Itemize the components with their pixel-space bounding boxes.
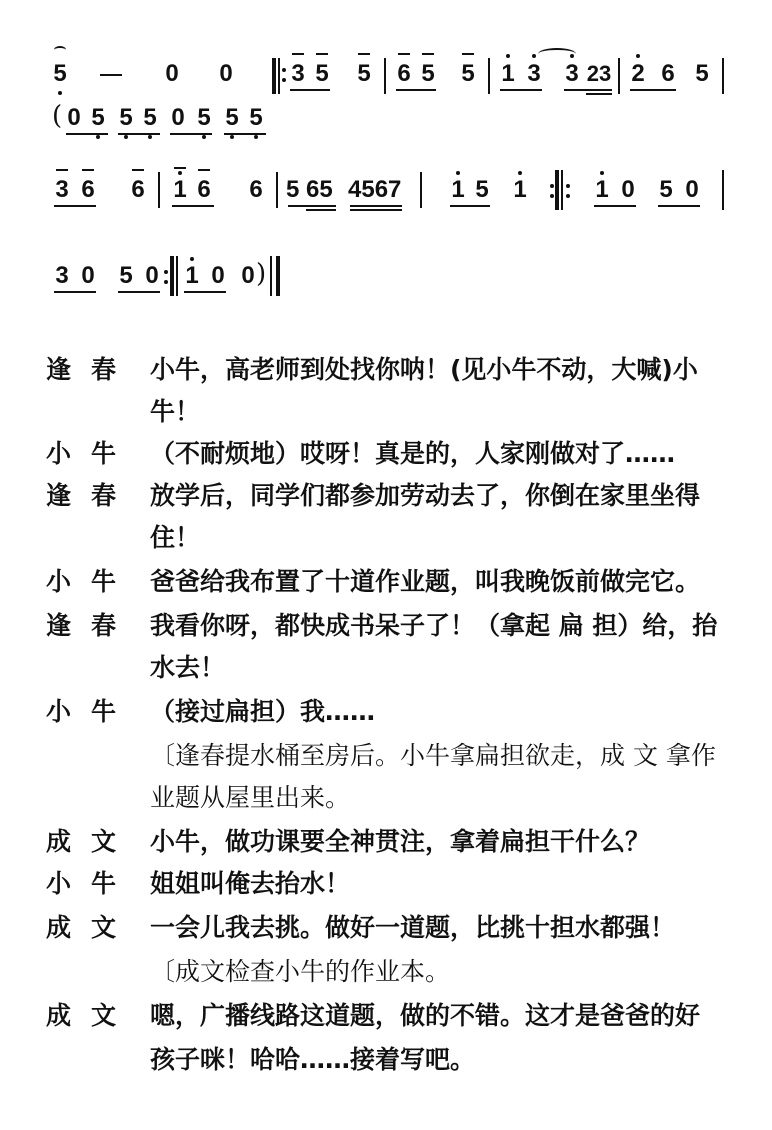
barline: [270, 256, 272, 296]
score-row-1: 5 0 0 3 5 5 6 5 5 1 3 3 23 2 6 5: [0, 60, 772, 100]
speaker-name: 成文: [46, 996, 136, 1036]
final-barline: [276, 256, 280, 296]
stage-direction: 〔逢春提水桶至房后。小牛拿扁担欲走，成 文 拿作: [0, 736, 772, 776]
note: 3: [290, 60, 306, 88]
note: 5: [118, 104, 134, 132]
dash: [100, 74, 122, 76]
underline: [170, 133, 212, 135]
barline: [488, 58, 490, 94]
dialogue-text: 放学后，同学们都参加劳动去了，你倒在家里坐得: [150, 476, 700, 516]
speaker-name: 小牛: [46, 864, 136, 904]
dialogue-line: 小牛（接过扁担）我……: [0, 692, 772, 732]
underline: [54, 205, 96, 207]
barline: [618, 58, 620, 94]
note: 5: [52, 60, 68, 88]
note: 5: [474, 176, 490, 204]
speaker-name: 小牛: [46, 434, 136, 474]
underline: [658, 205, 700, 207]
note: 0: [164, 60, 180, 88]
dialogue-line: 成文小牛，做功课要全神贯注，拿着扁担干什么？: [0, 822, 772, 862]
note: 3: [564, 60, 580, 88]
repeat-barline: [170, 256, 174, 296]
note: 1: [184, 262, 200, 290]
open-paren: (: [52, 102, 62, 130]
underline: [118, 133, 160, 135]
underline: [66, 133, 108, 135]
dialogue-text: 住！: [150, 518, 200, 558]
note: 6: [396, 60, 412, 88]
dialogue-text: 水去！: [150, 648, 225, 688]
underline: [306, 209, 336, 211]
underline: [594, 205, 636, 207]
note: 6: [196, 176, 212, 204]
underline: [350, 209, 402, 211]
note: 6: [660, 60, 676, 88]
repeat-dot: [282, 68, 286, 72]
underline: [54, 291, 96, 293]
note: 5: [356, 60, 372, 88]
underline: [564, 89, 612, 91]
speaker-name: 成文: [46, 822, 136, 862]
underline: [290, 89, 330, 91]
dialogue-text: 爸爸给我布置了十道作业题，叫我晚饭前做完它。: [150, 562, 700, 602]
stage-direction: 业题从屋里出来。: [0, 778, 772, 818]
barline: [158, 172, 160, 208]
speaker-name: 逢春: [46, 476, 136, 516]
underline: [500, 89, 542, 91]
note: 0: [620, 176, 636, 204]
repeat-dot: [282, 78, 286, 82]
note: 3: [526, 60, 542, 88]
note: 1: [594, 176, 610, 204]
barline: [384, 58, 386, 94]
tie-mark: [54, 46, 66, 54]
note: 6: [130, 176, 146, 204]
underline: [586, 93, 612, 95]
repeat-dot: [550, 194, 554, 198]
dialogue-line: 住！: [0, 518, 772, 558]
repeat-dot: [566, 184, 570, 188]
note: 5: [658, 176, 674, 204]
underline: [630, 89, 676, 91]
repeat-barline: [555, 170, 559, 210]
note-group: 5 65: [286, 176, 336, 204]
barline: [420, 172, 422, 208]
stage-direction-text: 〔成文检查小牛的作业本。: [150, 952, 450, 992]
speaker-name: 逢春: [46, 606, 136, 646]
note-group: 4567: [348, 176, 404, 204]
note: 5: [142, 104, 158, 132]
dialogue-line: 小牛（不耐烦地）哎呀！真是的，人家刚做对了……: [0, 434, 772, 474]
dialogue-text: 小牛，做功课要全神贯注，拿着扁担干什么？: [150, 822, 650, 862]
note: 23: [584, 60, 614, 88]
note: 6: [248, 176, 264, 204]
dialogue-text: 小牛，高老师到处找你呐！(见小牛不动，大喊)小: [150, 350, 698, 390]
dialogue-text: 牛！: [150, 392, 200, 432]
speaker-name: 逢春: [46, 350, 136, 390]
repeat-dot: [550, 184, 554, 188]
dialogue-line: 孩子咪！哈哈……接着写吧。: [0, 1040, 772, 1080]
note: 2: [630, 60, 646, 88]
note: 0: [210, 262, 226, 290]
barline: [561, 170, 563, 210]
dialogue-text: （接过扁担）我……: [150, 692, 375, 732]
note: 5: [196, 104, 212, 132]
speaker-name: 小牛: [46, 562, 136, 602]
underline: [172, 205, 214, 207]
dialogue-line: 小牛爸爸给我布置了十道作业题，叫我晚饭前做完它。: [0, 562, 772, 602]
note: 1: [512, 176, 528, 204]
dialogue-text: 一会儿我去挑。做好一道题，比挑十担水都强！: [150, 908, 675, 948]
score-row-1-accompaniment: ( 0 5 5 5 0 5 5 5: [0, 104, 772, 144]
repeat-dot: [164, 270, 168, 274]
note: 5: [118, 262, 134, 290]
dialogue-line: 水去！: [0, 648, 772, 688]
dialogue-line: 小牛姐姐叫俺去抬水！: [0, 864, 772, 904]
repeat-dot: [164, 280, 168, 284]
note: 5: [694, 60, 710, 88]
note: 0: [218, 60, 234, 88]
dialogue-line: 逢春我看你呀，都快成书呆子了！（拿起 扁 担）给，抬: [0, 606, 772, 646]
note: 5: [224, 104, 240, 132]
dialogue-line: 逢春小牛，高老师到处找你呐！(见小牛不动，大喊)小: [0, 350, 772, 390]
underline: [118, 291, 160, 293]
barline: [276, 172, 278, 208]
barline: [722, 58, 724, 94]
score-row-2: 3 6 6 1 6 6 5 65 4567 1 5 1 1 0 5 0: [0, 176, 772, 216]
dialogue-text: 嗯，广播线路这道题，做的不错。这才是爸爸的好: [150, 996, 700, 1036]
dialogue-line: 成文嗯，广播线路这道题，做的不错。这才是爸爸的好: [0, 996, 772, 1036]
note: 5: [90, 104, 106, 132]
note: 0: [684, 176, 700, 204]
note: 3: [54, 176, 70, 204]
underline: [450, 205, 490, 207]
note: 5: [248, 104, 264, 132]
note: 5: [314, 60, 330, 88]
close-paren: ): [256, 260, 266, 288]
note: 5: [460, 60, 476, 88]
speaker-name: 成文: [46, 908, 136, 948]
stage-direction: 〔成文检查小牛的作业本。: [0, 952, 772, 992]
dialogue-text: 姐姐叫俺去抬水！: [150, 864, 350, 904]
underline: [184, 291, 226, 293]
note: 1: [172, 176, 188, 204]
stage-direction-text: 业题从屋里出来。: [150, 778, 350, 818]
note: 1: [500, 60, 516, 88]
dialogue-text: 孩子咪！哈哈……接着写吧。: [150, 1040, 475, 1080]
note: 0: [170, 104, 186, 132]
barline: [278, 58, 280, 94]
barline: [722, 170, 724, 210]
stage-direction-text: 〔逢春提水桶至房后。小牛拿扁担欲走，成 文 拿作: [150, 736, 716, 776]
note: 0: [144, 262, 160, 290]
note: 0: [80, 262, 96, 290]
note: 6: [80, 176, 96, 204]
dialogue-line: 成文一会儿我去挑。做好一道题，比挑十担水都强！: [0, 908, 772, 948]
note: 5: [420, 60, 436, 88]
speaker-name: 小牛: [46, 692, 136, 732]
barline: [176, 256, 178, 296]
note: 1: [450, 176, 466, 204]
dialogue-text: （不耐烦地）哎呀！真是的，人家刚做对了……: [150, 434, 675, 474]
note: 3: [54, 262, 70, 290]
dialogue-line: 牛！: [0, 392, 772, 432]
note: 0: [240, 262, 256, 290]
underline: [396, 89, 436, 91]
underline: [224, 133, 266, 135]
repeat-dot: [566, 194, 570, 198]
score-row-3: 3 0 5 0 1 0 0 ): [0, 262, 772, 302]
dialogue-text: 我看你呀，都快成书呆子了！（拿起 扁 担）给，抬: [150, 606, 717, 646]
repeat-barline: [272, 58, 276, 94]
dialogue-line: 逢春放学后，同学们都参加劳动去了，你倒在家里坐得: [0, 476, 772, 516]
note: 0: [66, 104, 82, 132]
underline: [288, 205, 336, 207]
underline: [350, 205, 402, 207]
